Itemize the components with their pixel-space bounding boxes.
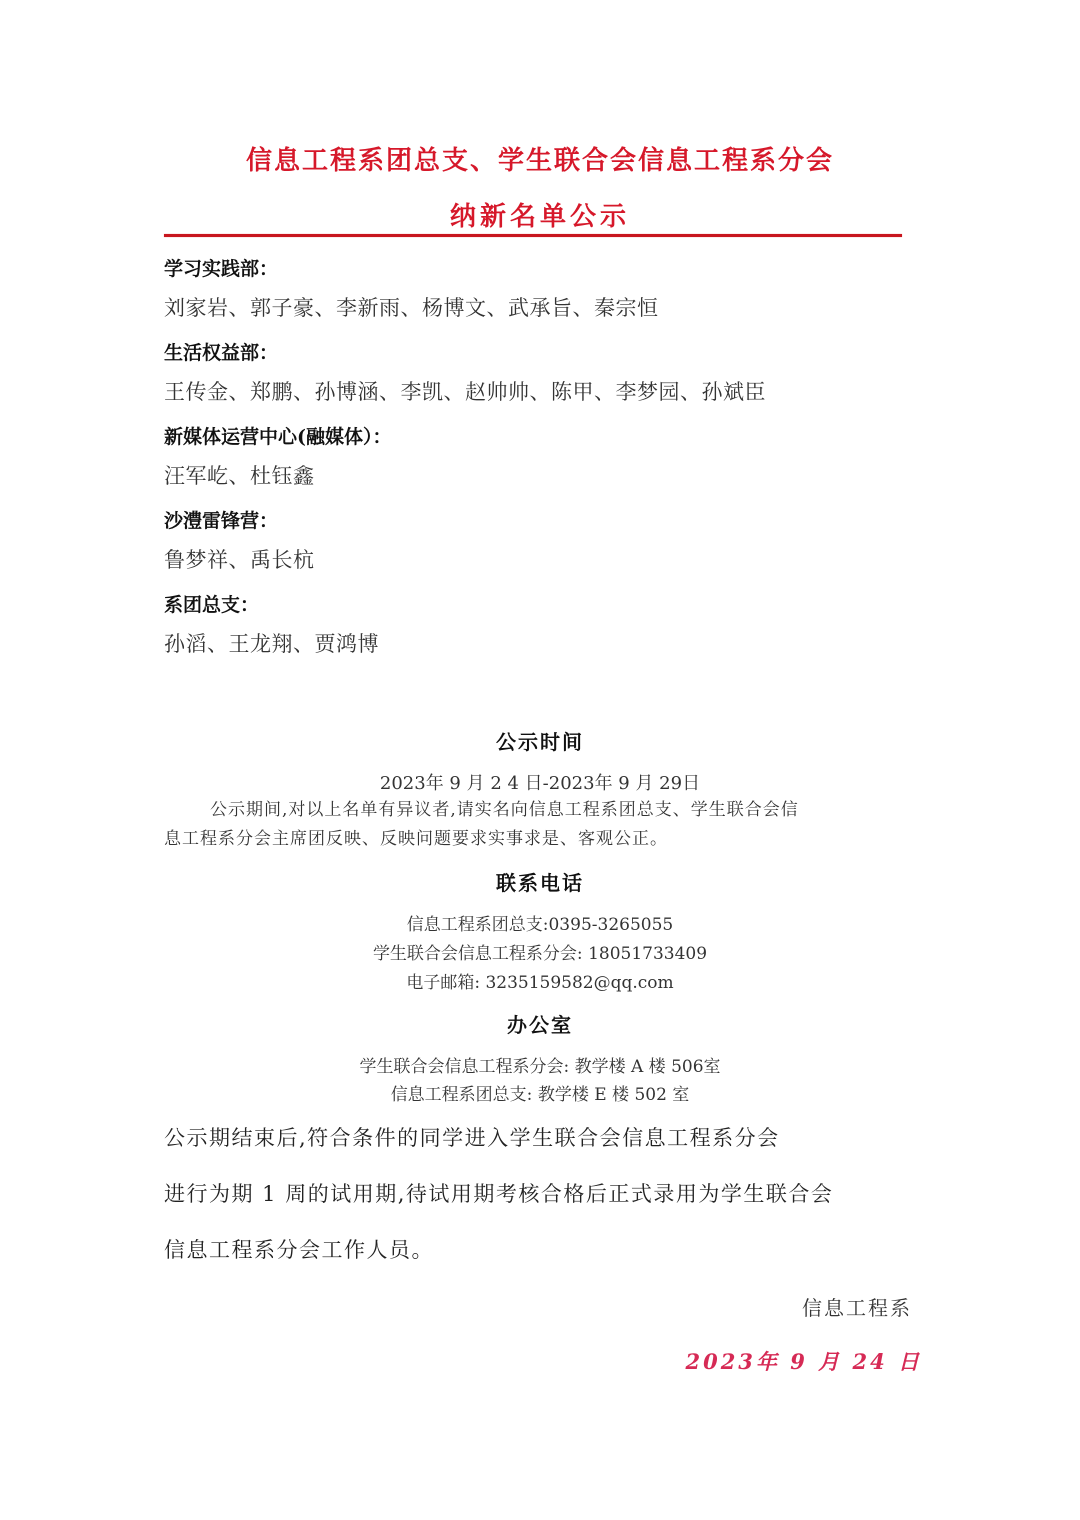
dept-members-leifeng-camp: 鲁梦祥、禹长杭: [164, 544, 315, 574]
closing-line2: 进行为期 1 周的试用期,待试用期考核合格后正式录用为学生联合会: [164, 1178, 833, 1208]
dept-heading-study-practice: 学习实践部：: [164, 254, 278, 281]
closing-line1: 公示期结束后,符合条件的同学进入学生联合会信息工程系分会: [164, 1122, 780, 1152]
contact-student-union-phone: 学生联合会信息工程系分会: 18051733409: [0, 939, 1080, 964]
publicity-heading: 公示时间: [0, 726, 1080, 755]
publicity-notice-line1: 公示期间,对以上名单有异议者,请实名向信息工程系团总支、学生联合会信: [164, 796, 884, 825]
title-divider: [164, 234, 902, 237]
contact-heading: 联系电话: [0, 867, 1080, 896]
office-heading: 办公室: [0, 1009, 1080, 1038]
contact-league-branch-phone: 信息工程系团总支:0395-3265055: [0, 910, 1080, 935]
dept-heading-leifeng-camp: 沙澧雷锋营：: [164, 506, 278, 533]
publicity-period: 2023年 9 月 2 4 日-2023年 9 月 29日: [0, 769, 1080, 795]
dept-heading-life-rights: 生活权益部：: [164, 338, 278, 365]
contact-email: 电子邮箱: 3235159582@qq.com: [0, 968, 1080, 993]
dept-members-life-rights: 王传金、郑鹏、孙博涵、李凯、赵帅帅、陈甲、李梦园、孙斌臣: [164, 376, 766, 406]
dept-heading-league-branch: 系团总支：: [164, 590, 259, 617]
dept-members-new-media: 汪军屹、杜钰鑫: [164, 460, 315, 490]
document-title: 信息工程系团总支、学生联合会信息工程系分会: [0, 140, 1080, 177]
notice-document: 信息工程系团总支、学生联合会信息工程系分会 纳新名单公示 学习实践部： 刘家岩、…: [0, 0, 1080, 1520]
publicity-notice: 公示期间,对以上名单有异议者,请实名向信息工程系团总支、学生联合会信 息工程系分…: [164, 796, 884, 854]
closing-line3: 信息工程系分会工作人员。: [164, 1234, 434, 1264]
dept-members-league-branch: 孙滔、王龙翔、贾鸿博: [164, 628, 379, 658]
office-league-branch: 信息工程系团总支: 教学楼 E 楼 502 室: [0, 1080, 1080, 1105]
publicity-notice-line2: 息工程系分会主席团反映、反映问题要求实事求是、客观公正。: [164, 825, 884, 854]
dept-heading-new-media: 新媒体运营中心(融媒体）：: [164, 422, 392, 449]
signature-date: 2023年 9 月 24 日: [685, 1346, 922, 1376]
signature: 信息工程系: [802, 1292, 912, 1321]
document-subtitle: 纳新名单公示: [0, 196, 1080, 233]
office-student-union: 学生联合会信息工程系分会: 教学楼 A 楼 506室: [0, 1052, 1080, 1077]
dept-members-study-practice: 刘家岩、郭子豪、李新雨、杨博文、武承旨、秦宗恒: [164, 292, 659, 322]
